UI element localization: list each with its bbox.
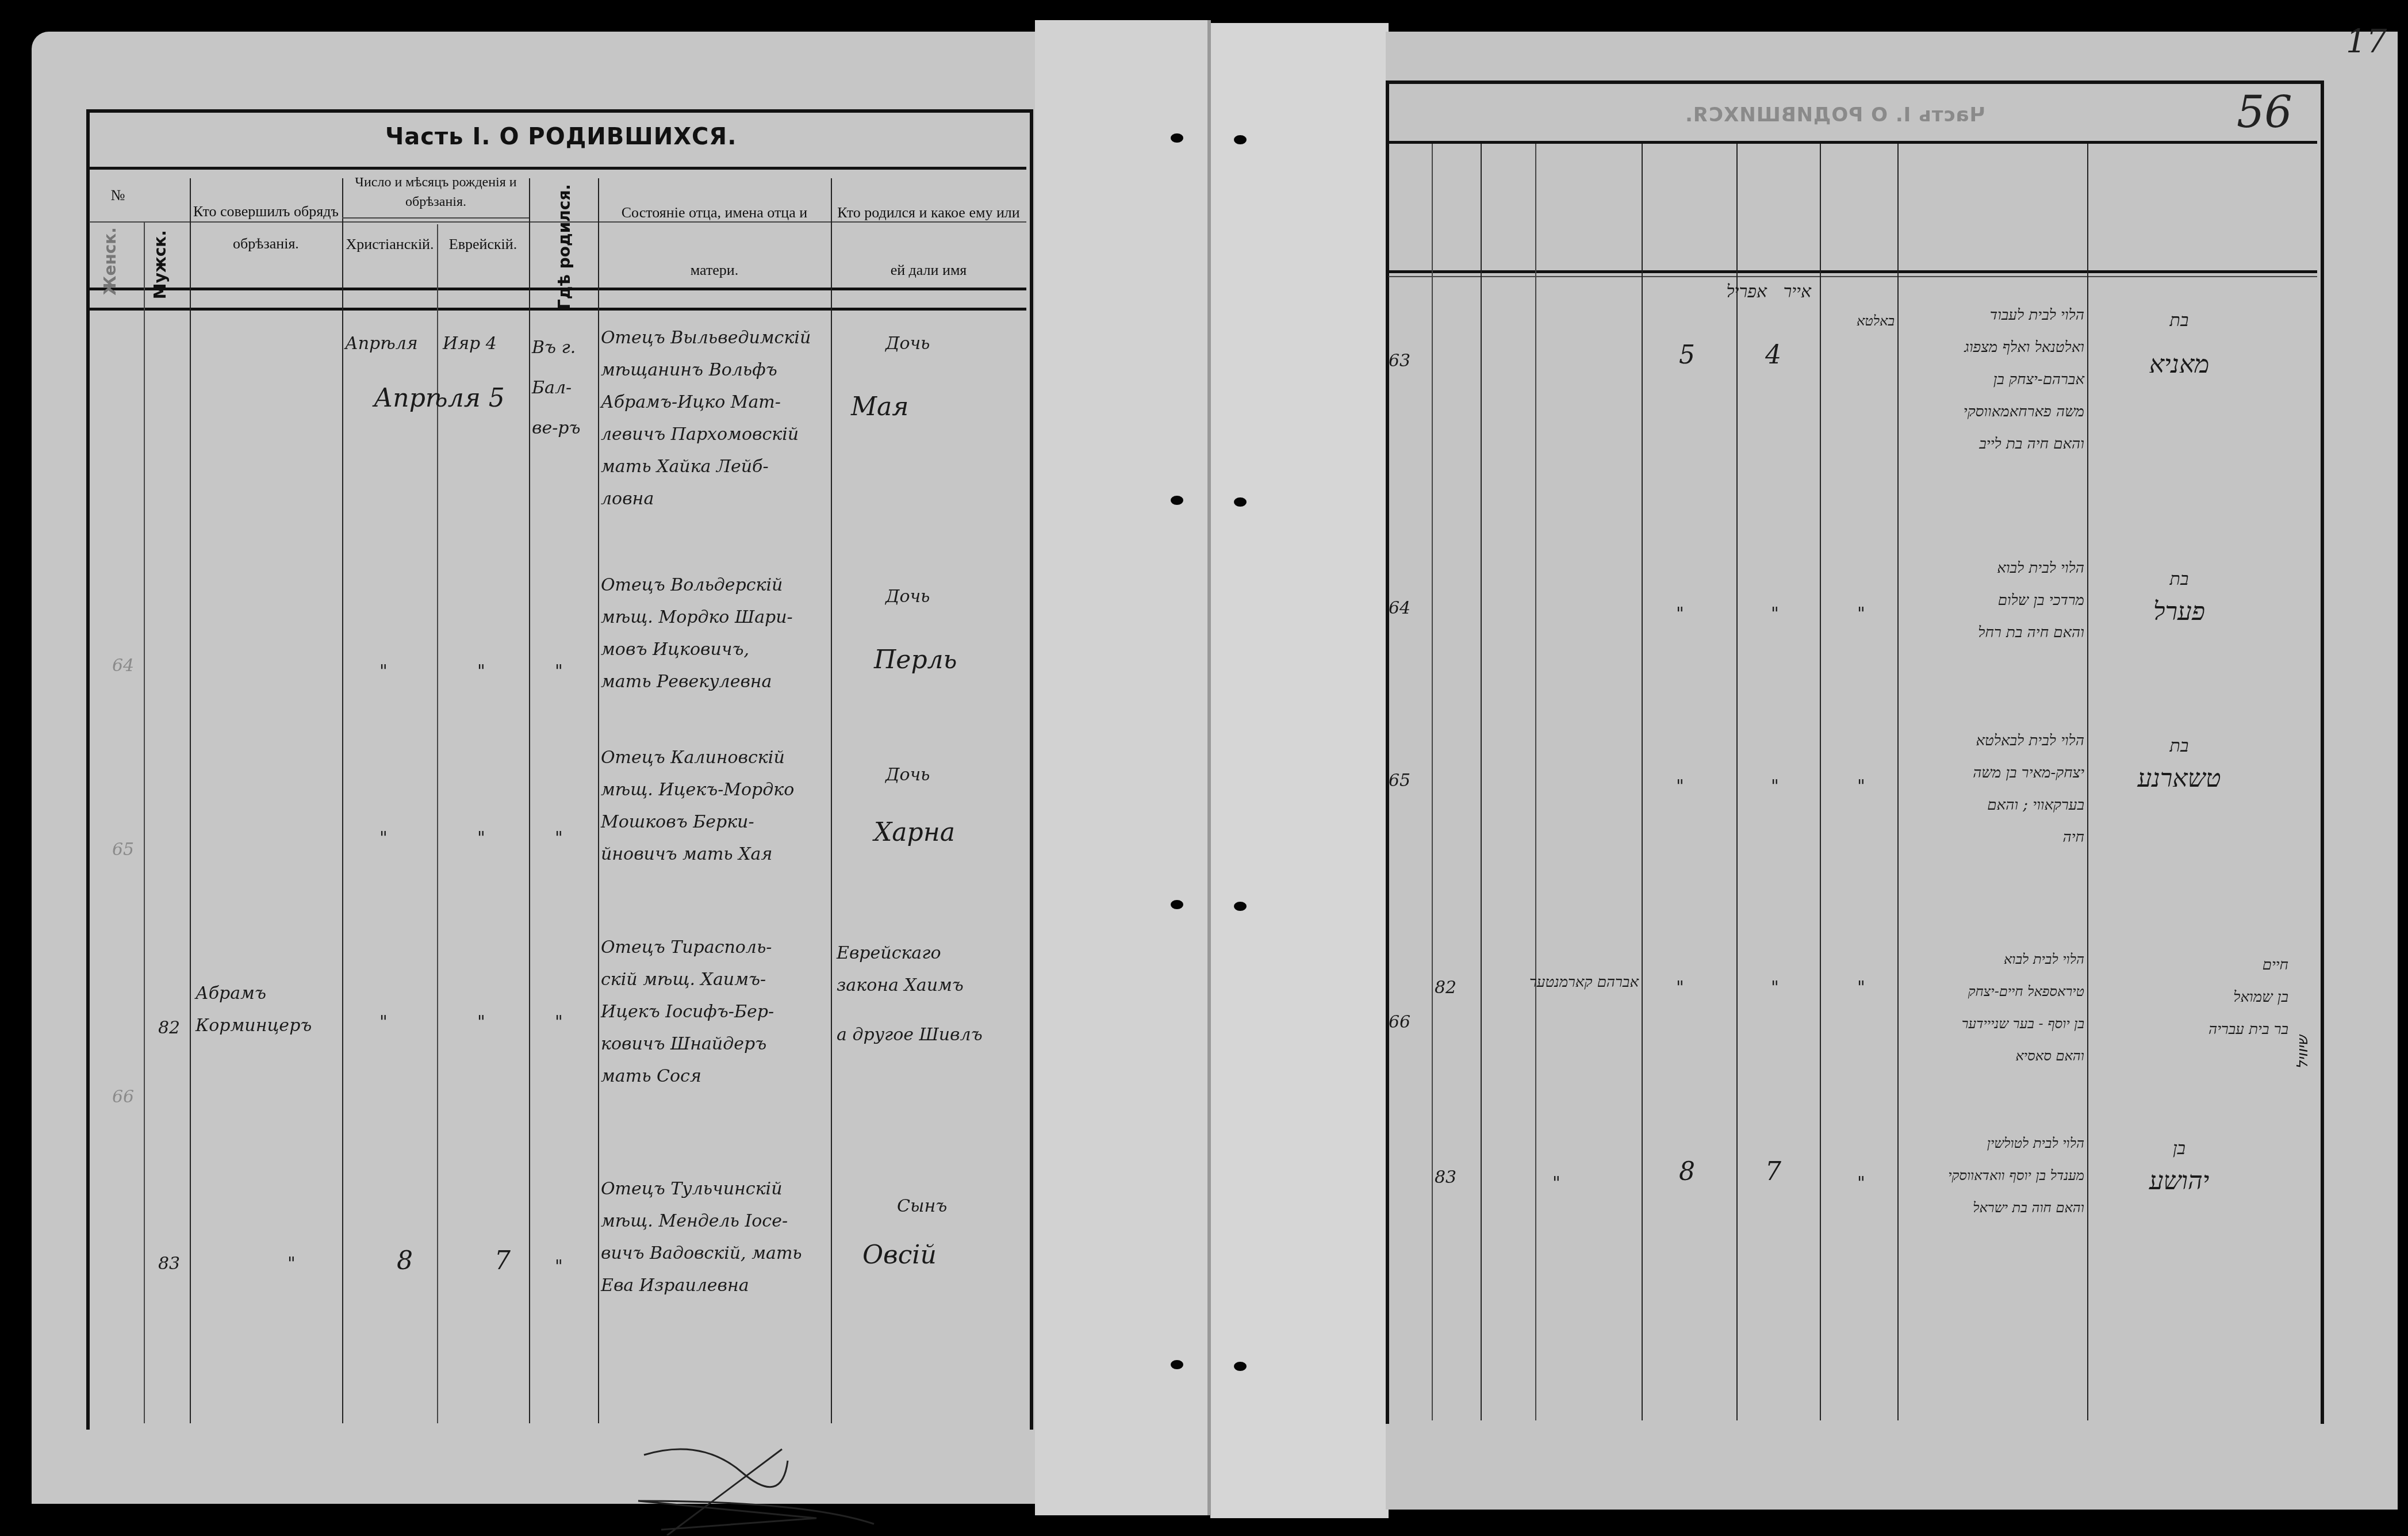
parents-line: והאם חיה בת רחל (1900, 616, 2084, 649)
column-line (1736, 144, 1738, 1420)
entry-child-name: Овсій (862, 1239, 937, 1271)
entry-parents: Отецъ Тульчинскій мѣщ. Мендель Іосе- вич… (601, 1173, 802, 1302)
parents-line: йновичъ мать Хая (601, 838, 794, 871)
parents-line: הלוי לבית לבוא (1900, 552, 2084, 584)
child-line: Еврейскаго (837, 937, 983, 970)
col-date-header: Число и мѣсяцъ рожденія и обрѣзанія. (344, 173, 528, 212)
col-number-header: № (98, 184, 138, 206)
entry-male-no: 83 (158, 1248, 180, 1280)
entry-child: בת טשארנע (2093, 730, 2265, 795)
child-line: בן שמואל (2093, 981, 2288, 1013)
ditto-mark: " (1676, 771, 1684, 803)
entry-parents: הלוי לבית לבוא מרדכי בן שלום והאם חיה בת… (1900, 552, 2084, 649)
entry-child-gender: Дочь (885, 759, 930, 791)
punch-hole (1171, 133, 1183, 143)
parents-line: והאם חיה בת לייב (1900, 428, 2084, 460)
parents-line: Отецъ Вольдерскій (601, 569, 793, 602)
parents-line: Отецъ Калиновскій (601, 742, 794, 774)
ditto-mark: " (1771, 771, 1779, 803)
parents-line: בערקאווי ; והאם (1900, 789, 2084, 821)
entry-male-no: 82 (158, 1012, 180, 1044)
parents-line: בן יוסף - בער שנייידער (1900, 1008, 2084, 1040)
col-child-header: Кто родился и какое ему или ей дали имя (834, 184, 1023, 299)
entry-male-no: 83 (1435, 1162, 1456, 1194)
punch-hole (1171, 1360, 1183, 1369)
parents-line: Абрамъ-Ицко Мат- (601, 386, 811, 419)
punch-hole (1234, 135, 1247, 144)
margin-note: שיוויל (2294, 1035, 2311, 1069)
col-christian-header: Христіанскій. (344, 230, 436, 259)
ditto-mark: " (555, 1251, 563, 1283)
column-line (1432, 144, 1433, 1420)
entry-child: חיים בן שמואל בר בית עבריה (2093, 949, 2288, 1045)
entry-day: 5 (1679, 339, 1695, 371)
jewish-month-name: אייר (1784, 282, 1811, 302)
ditto-mark: " (379, 822, 388, 855)
rule (342, 217, 529, 219)
parents-line: Отецъ Тирасполь- (601, 932, 774, 964)
entry-child-gender: Дочь (885, 581, 930, 613)
entry-child: בת פערל (2093, 564, 2265, 628)
entry-where: באלטא (1823, 305, 1895, 337)
ditto-mark: " (477, 822, 485, 855)
parents-line: הלוי לבית לבוא (1900, 943, 2084, 975)
parents-line: мать Ревекулевна (601, 666, 793, 698)
parents-line: הלוי לבית לעבוד (1900, 299, 2084, 331)
child-name: טשארנע (2093, 763, 2265, 795)
ditto-mark: " (1676, 598, 1684, 630)
punch-hole (1171, 900, 1183, 909)
entry-christian-month: Апрѣля (345, 328, 418, 360)
parents-line: вичъ Вадовскій, мать (601, 1238, 802, 1270)
column-line (529, 178, 530, 1423)
entry-child-name: Мая (851, 391, 908, 423)
entry-christian-day: 8 (397, 1245, 413, 1277)
column-line (1897, 144, 1899, 1420)
col-parents-header: Состояніе отца, имена отца и матери. (601, 184, 828, 299)
child-line: בת (2093, 730, 2265, 763)
parents-line: והאם חוה בת ישראל (1900, 1192, 2084, 1224)
parents-line: אברהם-יצחק בן (1900, 363, 2084, 396)
column-line (190, 178, 191, 1423)
child-name: מאניא (2093, 348, 2265, 381)
entry-month: 4 (1765, 339, 1781, 371)
entry-parents: הלוי לבית לבוא טיראספאל חיים-יצחק בן יוס… (1900, 943, 2084, 1072)
ditto-mark: " (1771, 598, 1779, 630)
parents-line: Мошковъ Берки- (601, 806, 794, 838)
parents-line: חיה (1900, 821, 2084, 853)
column-line (144, 221, 145, 1423)
child-name: פערל (2093, 596, 2265, 628)
parents-line: мѣщ. Мендель Іосе- (601, 1205, 802, 1238)
ditto-mark: " (477, 1006, 485, 1039)
ditto-mark: " (555, 1006, 563, 1039)
ditto-mark: " (1857, 598, 1865, 630)
corner-folio-mark: 17 (2346, 23, 2387, 60)
entry-child-gender: Сынъ (897, 1190, 947, 1223)
parents-line: мовъ Ицковичъ, (601, 634, 793, 666)
rule (1389, 141, 2317, 144)
punch-hole (1171, 496, 1183, 505)
parents-line: משה פארחאמאווסקי (1900, 396, 2084, 428)
child-line: בת (2093, 564, 2265, 596)
punch-hole (1234, 902, 1247, 911)
child-line: בת (2093, 305, 2265, 337)
entry-female-no: 64 (112, 650, 134, 682)
parents-line: Отецъ Тульчинскій (601, 1173, 802, 1205)
column-line (2087, 144, 2088, 1420)
parents-line: הלוי לבית לבאלטא (1900, 725, 2084, 757)
ditto-mark: " (1857, 1167, 1865, 1200)
entry-child-gender: Дочь (885, 328, 930, 360)
parents-line: מענדל בן יוסף וואדאווסקי (1900, 1159, 2084, 1192)
col-male-header: Мужск. (151, 230, 170, 299)
entry-female-no: 64 (1389, 592, 1410, 625)
rule (1389, 270, 2317, 273)
parents-line: скій мѣщ. Хаимъ- (601, 964, 774, 996)
column-line (1642, 144, 1643, 1420)
entry-parents: Отецъ Вольдерскій мѣщ. Мордко Шари- мовъ… (601, 569, 793, 698)
entry-performer: אברהם קארמנטער (1483, 966, 1639, 998)
child-line: חיים (2093, 949, 2288, 981)
entry-parents: Отецъ Выльведимскій мѣщанинъ Вольфъ Абра… (601, 322, 811, 515)
column-line (598, 178, 599, 1423)
parents-line: ואלטנאל ואלף מצפוג (1900, 331, 2084, 363)
parents-line: יצחק-מאיר בן משה (1900, 757, 2084, 789)
right-page-title-bleedthrough: Часть I. О РОДИВШИХСЯ. (1685, 104, 1985, 127)
left-page-title: Часть I. О РОДИВШИХСЯ. (385, 124, 737, 150)
ditto-mark: " (1857, 972, 1865, 1004)
binding-fold (1207, 20, 1211, 1515)
child-name: יהושע (2093, 1165, 2265, 1197)
signature-flourish (632, 1438, 908, 1535)
column-line (1820, 144, 1821, 1420)
entry-child: בן יהושע (2093, 1133, 2265, 1197)
parents-line: мѣщанинъ Вольфъ (601, 354, 811, 386)
rule (1389, 276, 2317, 277)
entry-male-no: 82 (1435, 972, 1456, 1004)
parents-line: טיראספאל חיים-יצחק (1900, 975, 2084, 1008)
parents-line: левичъ Пархомовскій (601, 419, 811, 451)
entry-child-name: Харна (874, 817, 955, 849)
christian-month-name: אפריל (1727, 282, 1767, 302)
col-female-header: Женск. (101, 227, 120, 296)
child-line: בר בית עבריה (2093, 1013, 2288, 1045)
entry-jewish-day: 7 (494, 1245, 511, 1277)
parents-line: ловна (601, 483, 811, 515)
entry-month: 7 (1765, 1156, 1781, 1188)
entry-performer: Абрамъ Корминцеръ (195, 978, 333, 1042)
punch-hole (1234, 497, 1247, 507)
punch-hole (1234, 1362, 1247, 1371)
entry-parents: Отецъ Калиновскій мѣщ. Ицекъ-Мордко Мошк… (601, 742, 794, 871)
entry-female-no: 63 (1389, 345, 1410, 377)
child-line: а другое Шивлъ (837, 1019, 983, 1051)
entry-female-no: 65 (1389, 765, 1410, 797)
parents-line: והאם סאסיא (1900, 1040, 2084, 1072)
child-line: закона Хаимъ (837, 970, 983, 1002)
parents-line: הלוי לבית לטולשין (1900, 1127, 2084, 1159)
entry-parents: הלוי לבית לבאלטא יצחק-מאיר בן משה בערקאו… (1900, 725, 2084, 853)
entry-female-no: 66 (112, 1081, 134, 1113)
ditto-mark: " (379, 656, 388, 688)
entry-female-no: 66 (1389, 1006, 1410, 1039)
entry-child: בת מאניא (2093, 305, 2265, 381)
parents-line: мать Хайка Лейб- (601, 451, 811, 483)
ditto-mark: " (379, 1006, 388, 1039)
ditto-mark: " (1771, 972, 1779, 1004)
entry-christian-day: Апрѣля 5 (374, 382, 505, 415)
entry-child: Еврейскаго закона Хаимъ а другое Шивлъ (837, 937, 983, 1051)
entry-parents: הלוי לבית לעבוד ואלטנאל ואלף מצפוג אברהם… (1900, 299, 2084, 460)
parents-line: мѣщ. Ицекъ-Мордко (601, 774, 794, 806)
parents-line: мѣщ. Мордко Шари- (601, 602, 793, 634)
entry-month-names: אייר אפריל (1644, 276, 1811, 308)
ditto-mark: " (555, 822, 563, 855)
binding-strip-right (1210, 23, 1389, 1518)
ditto-mark: " (477, 656, 485, 688)
col-where-header: Гдѣ родился. (555, 184, 574, 309)
ditto-mark: " (1676, 972, 1684, 1004)
entry-parents: הלוי לבית לטולשין מענדל בן יוסף וואדאווס… (1900, 1127, 2084, 1224)
child-line: בן (2093, 1133, 2265, 1165)
page-number: 56 (2237, 86, 2292, 137)
ditto-mark: " (1857, 771, 1865, 803)
ditto-mark: " (287, 1248, 296, 1280)
entry-where: Въ г. Бал-ве-ръ (532, 328, 595, 449)
entry-jewish-date: Ияр 4 (443, 328, 497, 360)
binding-strip-left (1035, 20, 1207, 1515)
entry-day: 8 (1679, 1156, 1695, 1188)
parents-line: מרדכי בן שלום (1900, 584, 2084, 616)
rule (89, 167, 1026, 170)
parents-line: Ицекъ Іосифъ-Бер- (601, 996, 774, 1028)
parents-line: ковичъ Шнайдеръ (601, 1028, 774, 1060)
ditto-mark: " (1552, 1167, 1560, 1200)
col-jewish-header: Еврейскій. (438, 230, 528, 259)
entry-child-name: Перль (874, 644, 957, 676)
column-line (831, 178, 832, 1423)
column-line (1535, 144, 1536, 1420)
parents-line: Отецъ Выльведимскій (601, 322, 811, 354)
parents-line: мать Сося (601, 1060, 774, 1093)
parents-line: Ева Израилевна (601, 1270, 802, 1302)
column-line (342, 178, 343, 1423)
entry-female-no: 65 (112, 834, 134, 866)
col-performer-header: Кто совершилъ обрядъ обрѣзанія. (193, 196, 339, 260)
ditto-mark: " (555, 656, 563, 688)
entry-parents: Отецъ Тирасполь- скій мѣщ. Хаимъ- Ицекъ … (601, 932, 774, 1093)
column-line (1481, 144, 1482, 1420)
